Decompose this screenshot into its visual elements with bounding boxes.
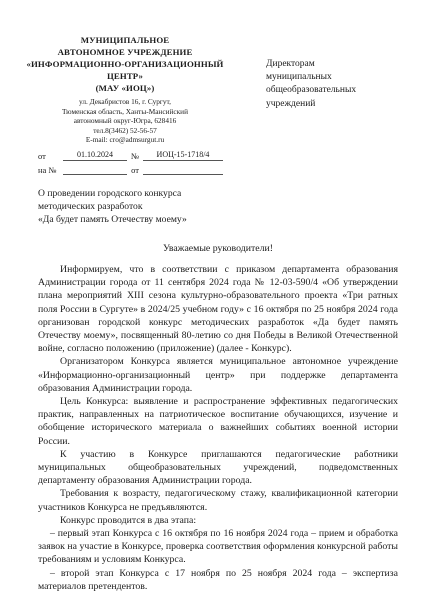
org-address-line: E-mail: cro@admsurgut.ru bbox=[24, 135, 226, 145]
letter-page: МУНИЦИПАЛЬНОЕ АВТОНОМНОЕ УЧРЕЖДЕНИЕ «ИНФ… bbox=[0, 0, 424, 600]
ref-number-field: ИОЦ-15-1718/4 bbox=[143, 150, 223, 161]
org-name-line: МУНИЦИПАЛЬНОЕ bbox=[24, 34, 226, 46]
subject-line: «Да будет память Отечеству моему» bbox=[38, 213, 258, 226]
org-name-line: ЦЕНТР» bbox=[24, 70, 226, 82]
addressee-line: учреждений bbox=[266, 98, 398, 111]
addressee-block: Директорам муниципальных общеобразовател… bbox=[266, 34, 398, 145]
ref-reply-from-label: от bbox=[127, 165, 143, 175]
ref-from-label: от bbox=[38, 151, 63, 161]
subject-block: О проведении городского конкурса методич… bbox=[38, 187, 258, 226]
addressee-line: муниципальных bbox=[266, 71, 398, 84]
org-name-line: «ИНФОРМАЦИОННО-ОРГАНИЗАЦИОННЫЙ bbox=[24, 58, 226, 70]
org-name-line: (МАУ «ИОЦ») bbox=[24, 82, 226, 94]
org-name-line: АВТОНОМНОЕ УЧРЕЖДЕНИЕ bbox=[24, 46, 226, 58]
ref-outgoing-row: от 01.10.2024 № ИОЦ-15-1718/4 bbox=[38, 150, 398, 161]
addressee-line: Директорам bbox=[266, 58, 398, 71]
sender-block: МУНИЦИПАЛЬНОЕ АВТОНОМНОЕ УЧРЕЖДЕНИЕ «ИНФ… bbox=[24, 34, 226, 145]
subject-line: О проведении городского конкурса bbox=[38, 187, 258, 200]
letter-body: Информируем, что в соответствии с приказ… bbox=[38, 263, 398, 593]
org-address-line: Тюменская область, Ханты-Мансийский bbox=[24, 107, 226, 117]
org-address-line: ул. Декабристов 16, г. Сургут, bbox=[24, 97, 226, 107]
body-paragraph: К участию в Конкурсе приглашаются педаго… bbox=[38, 448, 398, 488]
ref-number-label: № bbox=[127, 151, 143, 161]
ref-incoming-row: на № от bbox=[38, 164, 398, 175]
body-paragraph: Цель Конкурса: выявление и распространен… bbox=[38, 395, 398, 448]
org-address-line: автономный округ-Югра, 628416 bbox=[24, 116, 226, 126]
org-address-line: тел.8(3462) 52-56-57 bbox=[24, 126, 226, 136]
org-address: ул. Декабристов 16, г. Сургут, Тюменская… bbox=[24, 97, 226, 145]
reference-block: от 01.10.2024 № ИОЦ-15-1718/4 на № от bbox=[38, 150, 398, 175]
addressee-line: общеобразовательных bbox=[266, 84, 398, 97]
ref-date-field: 01.10.2024 bbox=[63, 150, 127, 161]
body-paragraph-stage-1: – первый этап Конкурса с 16 октября по 1… bbox=[38, 527, 398, 567]
salutation: Уважаемые руководители! bbox=[38, 243, 398, 254]
body-paragraph: Информируем, что в соответствии с приказ… bbox=[38, 263, 398, 355]
ref-date-value: 01.10.2024 bbox=[77, 150, 113, 159]
ref-number-value: ИОЦ-15-1718/4 bbox=[157, 150, 210, 159]
body-paragraph-stage-2: – второй этап Конкурса с 17 ноября по 25… bbox=[38, 567, 398, 593]
ref-reply-number-label: на № bbox=[38, 165, 63, 175]
subject-line: методических разработок bbox=[38, 200, 258, 213]
ref-reply-date-field bbox=[143, 164, 223, 175]
body-paragraph: Конкурс проводится в два этапа: bbox=[38, 514, 398, 527]
ref-reply-number-field bbox=[63, 164, 127, 175]
letterhead: МУНИЦИПАЛЬНОЕ АВТОНОМНОЕ УЧРЕЖДЕНИЕ «ИНФ… bbox=[38, 34, 398, 145]
body-paragraph: Организатором Конкурса является муниципа… bbox=[38, 355, 398, 395]
body-paragraph: Требования к возрасту, педагогическому с… bbox=[38, 487, 398, 513]
org-name: МУНИЦИПАЛЬНОЕ АВТОНОМНОЕ УЧРЕЖДЕНИЕ «ИНФ… bbox=[24, 34, 226, 94]
